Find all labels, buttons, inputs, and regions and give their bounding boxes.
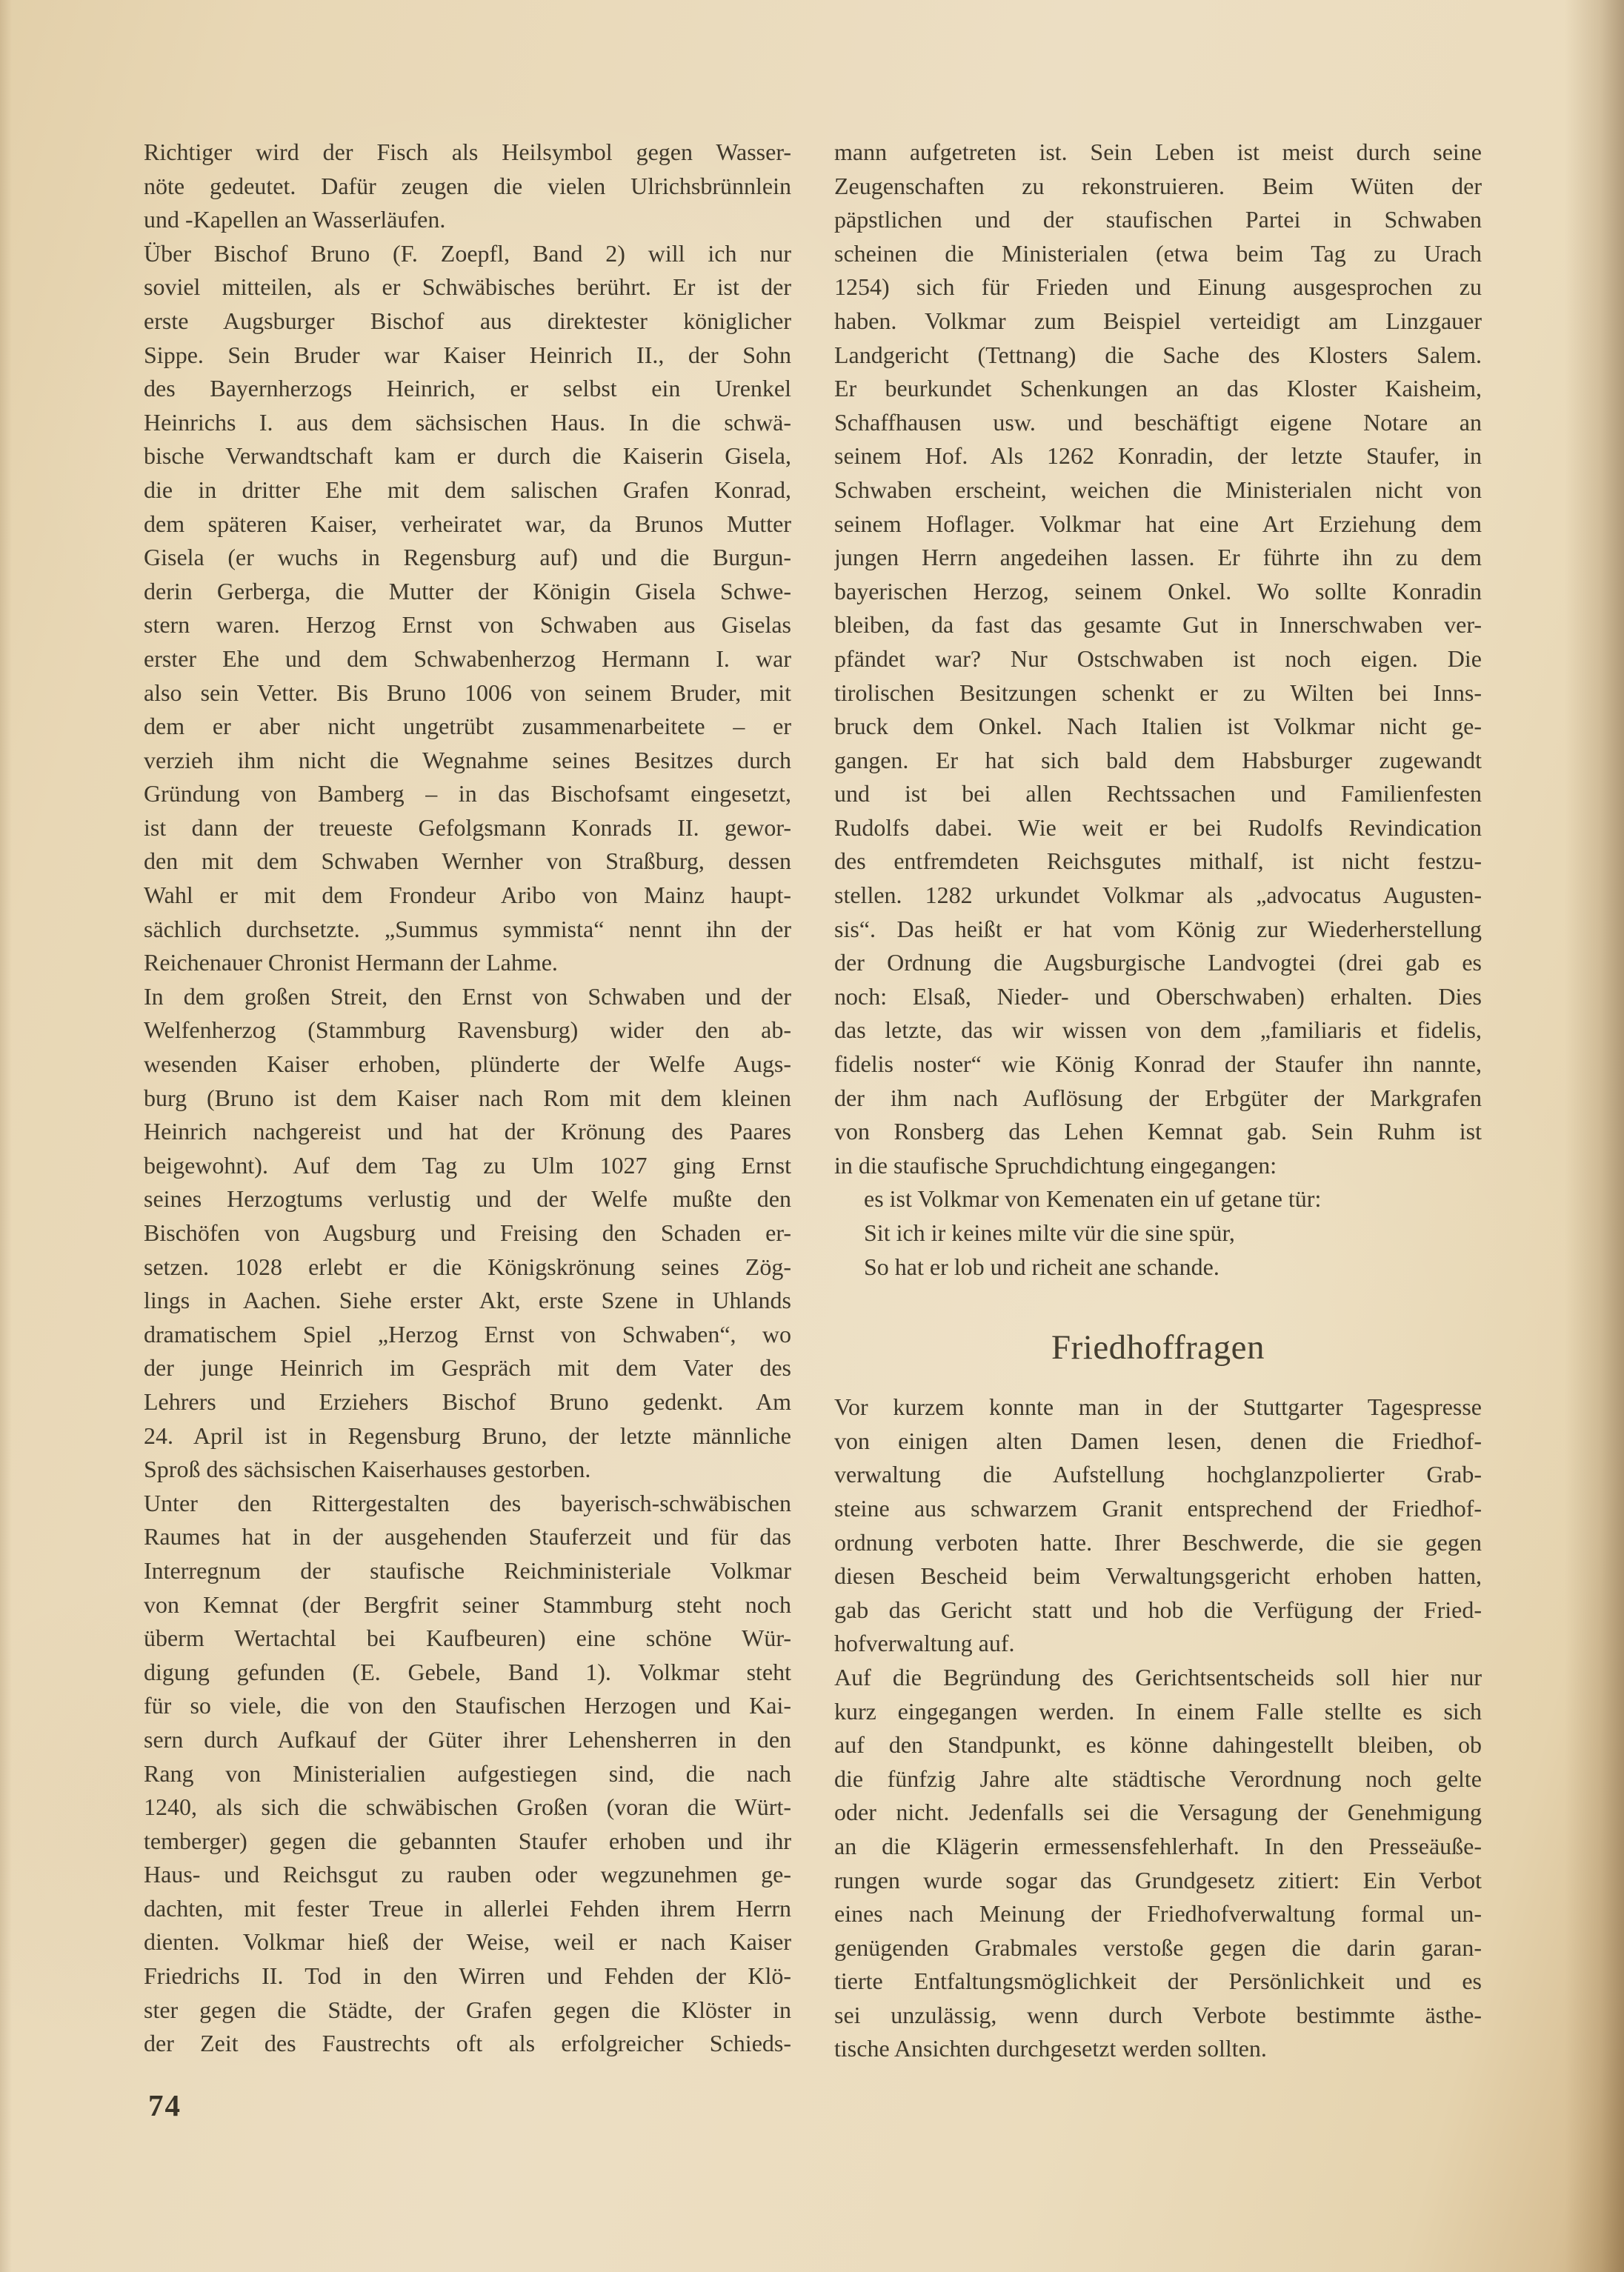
text-line: bische Verwandtschaft kam er durch die K… [144,439,791,473]
text-line: für so viele, die von den Staufischen He… [144,1689,791,1723]
text-line: Auf die Begründung des Gerichtsentscheid… [834,1661,1482,1695]
text-line: von Ronsberg das Lehen Kemnat gab. Sein … [834,1115,1482,1149]
text-line: der Zeit des Faustrechts oft als erfolgr… [144,2027,791,2061]
text-line: steine aus schwarzem Granit entsprechend… [834,1492,1482,1526]
section-heading: Friedhoffragen [834,1324,1482,1371]
text-line: setzen. 1028 erlebt er die Königskrönung… [144,1250,791,1285]
text-line: Rang von Ministerialien aufgestiegen sin… [144,1757,791,1791]
text-line: noch: Elsaß, Nieder- und Oberschwaben) e… [834,980,1482,1014]
text-line: derin Gerberga, die Mutter der Königin G… [144,575,791,609]
text-line: Haus- und Reichsgut zu rauben oder wegzu… [144,1858,791,1892]
text-line: lings in Aachen. Siehe erster Akt, erste… [144,1284,791,1318]
text-line: dienten. Volkmar hieß der Weise, weil er… [144,1925,791,1959]
text-line: sächlich durchsetzte. „Summus symmista“ … [144,913,791,947]
text-line: überm Wertachtal bei Kaufbeuren) eine sc… [144,1622,791,1656]
text-line: der Ordnung die Augsburgische Landvogtei… [834,946,1482,980]
text-line: Friedrichs II. Tod in den Wirren und Feh… [144,1959,791,1993]
left-column: Richtiger wird der Fisch als Heilsymbol … [144,136,791,2061]
text-line: Sproß des sächsischen Kaiserhauses gesto… [144,1453,791,1487]
text-line: beigewohnt). Auf dem Tag zu Ulm 1027 gin… [144,1149,791,1183]
text-line: der junge Heinrich im Gespräch mit dem V… [144,1351,791,1385]
text-line: Schaffhausen usw. und beschäftigt eigene… [834,406,1482,440]
text-line: gangen. Er hat sich bald dem Habsburger … [834,744,1482,778]
text-line: dem späteren Kaiser, verheiratet war, da… [144,507,791,542]
text-line: Gisela (er wuchs in Regensburg auf) und … [144,541,791,575]
text-line: hofverwaltung auf. [834,1627,1482,1661]
text-line: sis“. Das heißt er hat vom König zur Wie… [834,913,1482,947]
text-line: des Bayernherzogs Heinrich, er selbst ei… [144,372,791,406]
text-line: den mit dem Schwaben Wernher von Straßbu… [144,844,791,879]
text-line: tirolischen Besitzungen schenkt er zu Wi… [834,676,1482,710]
text-line: von einigen alten Damen lesen, denen die… [834,1425,1482,1459]
text-line: Heinrichs I. aus dem sächsischen Haus. I… [144,406,791,440]
text-line: wesenden Kaiser erhoben, plünderte der W… [144,1047,791,1082]
text-line: an die Klägerin ermessensfehlerhaft. In … [834,1830,1482,1864]
text-line: fidelis noster“ wie König Konrad der Sta… [834,1047,1482,1082]
text-line: ordnung verboten hatte. Ihrer Beschwerde… [834,1526,1482,1560]
text-line: Sit ich ir keines milte vür die sine spü… [834,1216,1482,1250]
page-number: 74 [148,2088,182,2123]
text-line: eines nach Meinung der Friedhofverwaltun… [834,1897,1482,1931]
text-line: seinem Hof. Als 1262 Konradin, der letzt… [834,439,1482,473]
text-line: Sippe. Sein Bruder war Kaiser Heinrich I… [144,339,791,373]
text-line: pfändet war? Nur Ostschwaben ist noch ei… [834,642,1482,676]
text-line: ster gegen die Städte, der Grafen gegen … [144,1993,791,2028]
text-line: Wahl er mit dem Frondeur Aribo von Mainz… [144,879,791,913]
text-line: In dem großen Streit, den Ernst von Schw… [144,980,791,1014]
text-line: Gründung von Bamberg – in das Bischofsam… [144,777,791,811]
text-line: erster Ehe und dem Schwabenherzog Herman… [144,642,791,676]
text-line: tierte Entfaltungsmöglichkeit der Persön… [834,1965,1482,1999]
text-line: Reichenauer Chronist Hermann der Lahme. [144,946,791,980]
text-line: burg (Bruno ist dem Kaiser nach Rom mit … [144,1082,791,1116]
right-column: mann aufgetreten ist. Sein Leben ist mei… [834,136,1482,2066]
page-right-edge-shade [1565,0,1624,2272]
text-line: des entfremdeten Reichsgutes mithalf, is… [834,844,1482,879]
text-line: haben. Volkmar zum Beispiel verteidigt a… [834,304,1482,339]
text-line: und ist bei allen Rechtssachen und Famil… [834,777,1482,811]
text-line: bruck dem Onkel. Nach Italien ist Volkma… [834,710,1482,744]
text-line: verzieh ihm nicht die Wegnahme seines Be… [144,744,791,778]
text-line: bleiben, da fast das gesamte Gut in Inne… [834,608,1482,642]
text-line: 1254) sich für Frieden und Einung ausges… [834,270,1482,304]
text-line: So hat er lob und richeit ane schande. [834,1250,1482,1285]
text-line: gab das Gericht statt und hob die Verfüg… [834,1593,1482,1628]
text-line: nöte gedeutet. Dafür zeugen die vielen U… [144,170,791,204]
text-line: Vor kurzem konnte man in der Stuttgarter… [834,1390,1482,1425]
text-line: 1240, als sich die schwäbischen Großen (… [144,1790,791,1825]
text-line: Bischöfen von Augsburg und Freising den … [144,1216,791,1250]
text-line: Heinrich nachgereist und hat der Krönung… [144,1115,791,1149]
text-line: päpstlichen und der staufischen Partei i… [834,203,1482,237]
text-line: Raumes hat in der ausgehenden Stauferzei… [144,1520,791,1554]
text-line: seines Herzogtums verlustig und der Welf… [144,1182,791,1216]
text-line: Über Bischof Bruno (F. Zoepfl, Band 2) w… [144,237,791,271]
text-line: Lehrers und Erziehers Bischof Bruno gede… [144,1385,791,1419]
text-line: sern durch Aufkauf der Güter ihrer Lehen… [144,1723,791,1757]
text-line: scheinen die Ministerialen (etwa beim Ta… [834,237,1482,271]
text-line: rungen wurde sogar das Grundgesetz zitie… [834,1864,1482,1898]
text-line: die fünfzig Jahre alte städtische Verord… [834,1762,1482,1796]
text-line: Landgericht (Tettnang) die Sache des Klo… [834,339,1482,373]
text-line: es ist Volkmar von Kemenaten ein uf geta… [834,1182,1482,1216]
text-line: Welfenherzog (Stammburg Ravensburg) wide… [144,1013,791,1047]
text-line: temberger) gegen die gebannten Staufer e… [144,1825,791,1859]
text-line: 24. April ist in Regensburg Bruno, der l… [144,1419,791,1453]
text-line: und -Kapellen an Wasserläufen. [144,203,791,237]
text-line: das letzte, das wir wissen von dem „fami… [834,1013,1482,1047]
text-line: sei unzulässig, wenn durch Verbote besti… [834,1999,1482,2033]
text-line: Richtiger wird der Fisch als Heilsymbol … [144,136,791,170]
text-line: Schwaben erscheint, weichen die Minister… [834,473,1482,507]
text-line: der ihm nach Auflösung der Erbgüter der … [834,1082,1482,1116]
text-line: Rudolfs dabei. Wie weit er bei Rudolfs R… [834,811,1482,845]
text-line: dramatischem Spiel „Herzog Ernst von Sch… [144,1318,791,1352]
text-line: Unter den Rittergestalten des bayerisch-… [144,1487,791,1521]
text-line: erste Augsburger Bischof aus direktester… [144,304,791,339]
text-line: mann aufgetreten ist. Sein Leben ist mei… [834,136,1482,170]
text-line: also sein Vetter. Bis Bruno 1006 von sei… [144,676,791,710]
text-line: dachten, mit fester Treue in allerlei Fe… [144,1892,791,1926]
page-left-edge-shade [0,0,12,2272]
text-line: stellen. 1282 urkundet Volkmar als „advo… [834,879,1482,913]
text-line: kurz eingegangen werden. In einem Falle … [834,1695,1482,1729]
text-line: verwaltung die Aufstellung hochglanzpoli… [834,1458,1482,1492]
text-line: oder nicht. Jedenfalls sei die Versagung… [834,1796,1482,1830]
text-line: genügenden Grabmales verstoße gegen die … [834,1931,1482,1965]
text-line: diesen Bescheid beim Verwaltungsgericht … [834,1559,1482,1593]
text-line: Er beurkundet Schenkungen an das Kloster… [834,372,1482,406]
text-line: von Kemnat (der Bergfrit seiner Stammbur… [144,1588,791,1622]
text-line: bayerischen Herzog, seinem Onkel. Wo sol… [834,575,1482,609]
text-line: jungen Herrn angedeihen lassen. Er führt… [834,541,1482,575]
text-line: auf den Standpunkt, es könne dahingestel… [834,1728,1482,1762]
text-line: die in dritter Ehe mit dem salischen Gra… [144,473,791,507]
text-line: digung gefunden (E. Gebele, Band 1). Vol… [144,1656,791,1690]
text-line: tische Ansichten durchgesetzt werden sol… [834,2032,1482,2066]
text-line: stern waren. Herzog Ernst von Schwaben a… [144,608,791,642]
text-line: Zeugenschaften zu rekonstruieren. Beim W… [834,170,1482,204]
text-line: ist dann der treueste Gefolgsmann Konrad… [144,811,791,845]
text-line: soviel mitteilen, als er Schwäbisches be… [144,270,791,304]
text-line: in die staufische Spruchdichtung eingega… [834,1149,1482,1183]
text-line: dem er aber nicht ungetrübt zusammenarbe… [144,710,791,744]
text-line: Interregnum der staufische Reichminister… [144,1554,791,1588]
text-line: seinem Hoflager. Volkmar hat eine Art Er… [834,507,1482,542]
